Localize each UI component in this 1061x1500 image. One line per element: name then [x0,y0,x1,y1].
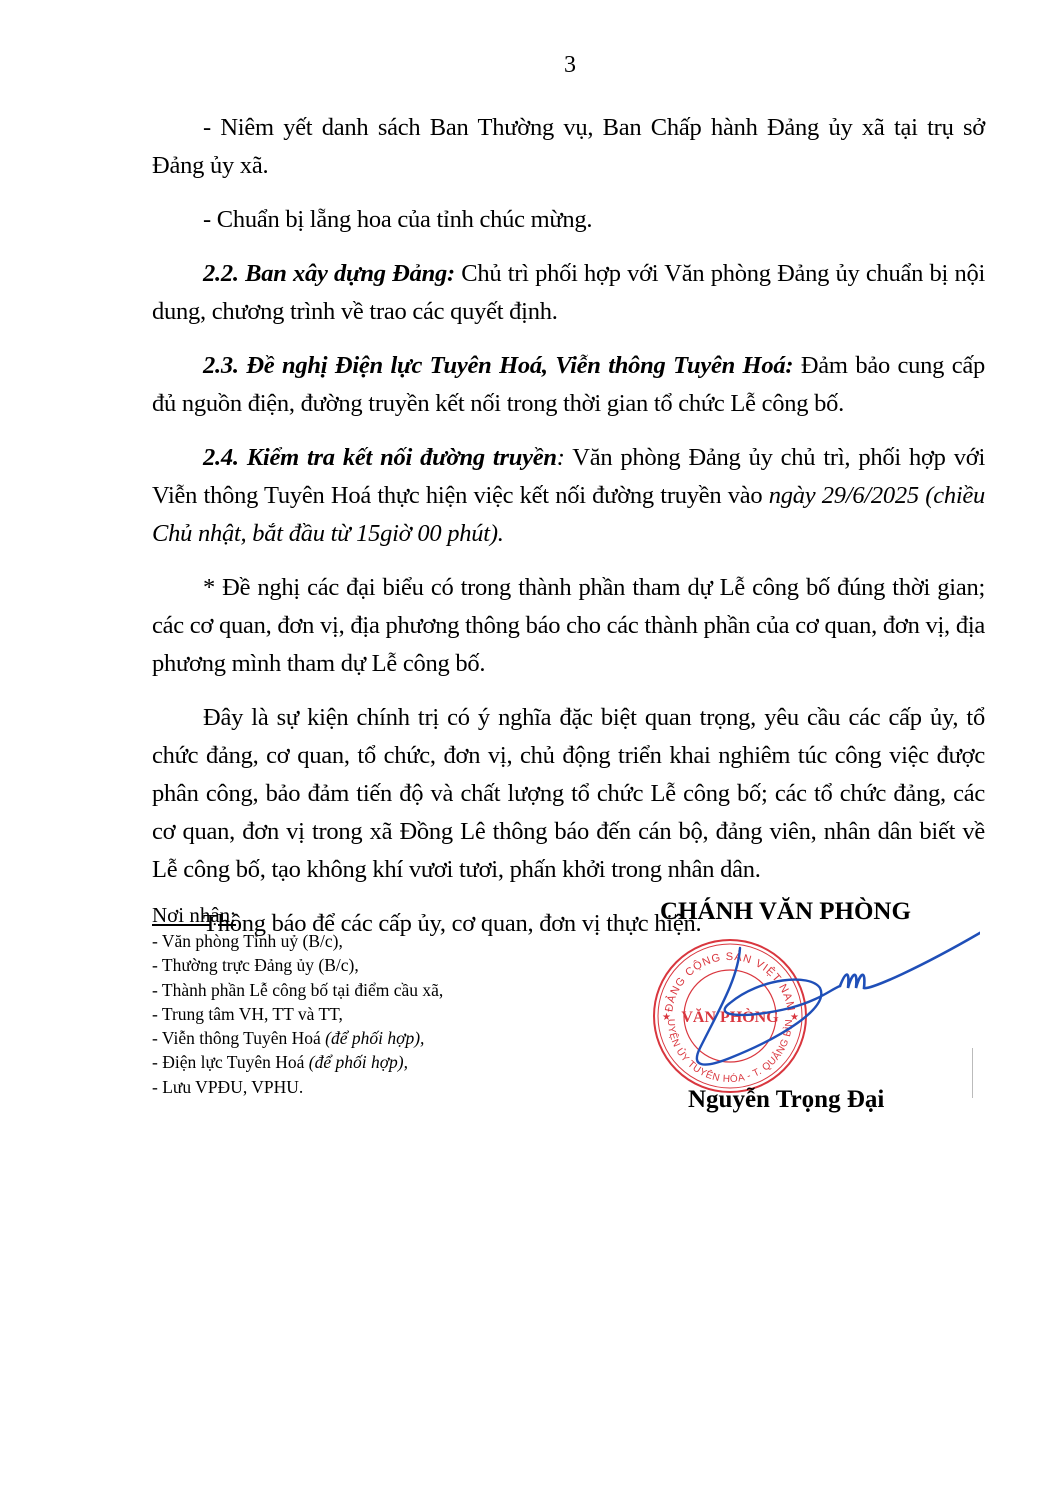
paragraph-text: Đây là sự kiện chính trị có ý nghĩa đặc … [152,704,985,883]
paragraph: 2.2. Ban xây dựng Đảng: Chủ trì phối hợp… [152,255,985,331]
recipient-item: - Viễn thông Tuyên Hoá (để phối hợp), [152,1026,582,1050]
paragraph: 2.4. Kiểm tra kết nối đường truyền: Văn … [152,439,985,553]
recipient-item: - Văn phòng Tỉnh uỷ (B/c), [152,929,582,953]
signature-block: CHÁNH VĂN PHÒNG ĐẢNG CỘNG SẢN VIỆT NAM H… [640,898,980,1118]
recipients-list: - Văn phòng Tỉnh uỷ (B/c),- Thường trực … [152,929,582,1099]
recipients-block: Nơi nhận: - Văn phòng Tỉnh uỷ (B/c),- Th… [152,902,582,1099]
recipient-item: - Trung tâm VH, TT và TT, [152,1002,582,1026]
recipient-note: (để phối hợp), [325,1028,424,1048]
paragraph: Đây là sự kiện chính trị có ý nghĩa đặc … [152,699,985,889]
recipient-item: - Thành phần Lễ công bố tại điểm cầu xã, [152,978,582,1002]
scan-edge-line [972,1048,973,1098]
paragraph: 2.3. Đề nghị Điện lực Tuyên Hoá, Viễn th… [152,347,985,423]
signer-name: Nguyễn Trọng Đại [688,1086,884,1114]
handwritten-signature-icon [660,918,980,1088]
paragraph-text: - Niêm yết danh sách Ban Thường vụ, Ban … [152,114,985,179]
recipient-item: - Thường trực Đảng ủy (B/c), [152,953,582,977]
recipient-item: - Lưu VPĐU, VPHU. [152,1075,582,1099]
paragraph: - Niêm yết danh sách Ban Thường vụ, Ban … [152,109,985,185]
recipient-item: - Điện lực Tuyên Hoá (để phối hợp), [152,1050,582,1074]
section-heading: 2.4. Kiểm tra kết nối đường truyền [203,444,557,471]
page-number: 3 [0,52,1061,79]
section-heading: 2.2. Ban xây dựng Đảng: [203,260,455,287]
recipient-note: (để phối hợp), [309,1052,408,1072]
section-heading: 2.3. Đề nghị Điện lực Tuyên Hoá, Viễn th… [203,352,793,379]
document-page: 3 - Niêm yết danh sách Ban Thường vụ, Ba… [0,0,1061,1500]
paragraph: - Chuẩn bị lẵng hoa của tỉnh chúc mừng. [152,201,985,239]
paragraph: * Đề nghị các đại biểu có trong thành ph… [152,569,985,683]
paragraph-text: - Chuẩn bị lẵng hoa của tỉnh chúc mừng. [203,206,592,233]
paragraph-text: : [557,444,565,471]
recipients-title: Nơi nhận: [152,902,582,928]
document-body: - Niêm yết danh sách Ban Thường vụ, Ban … [152,109,985,959]
paragraph-text: * Đề nghị các đại biểu có trong thành ph… [152,574,985,677]
